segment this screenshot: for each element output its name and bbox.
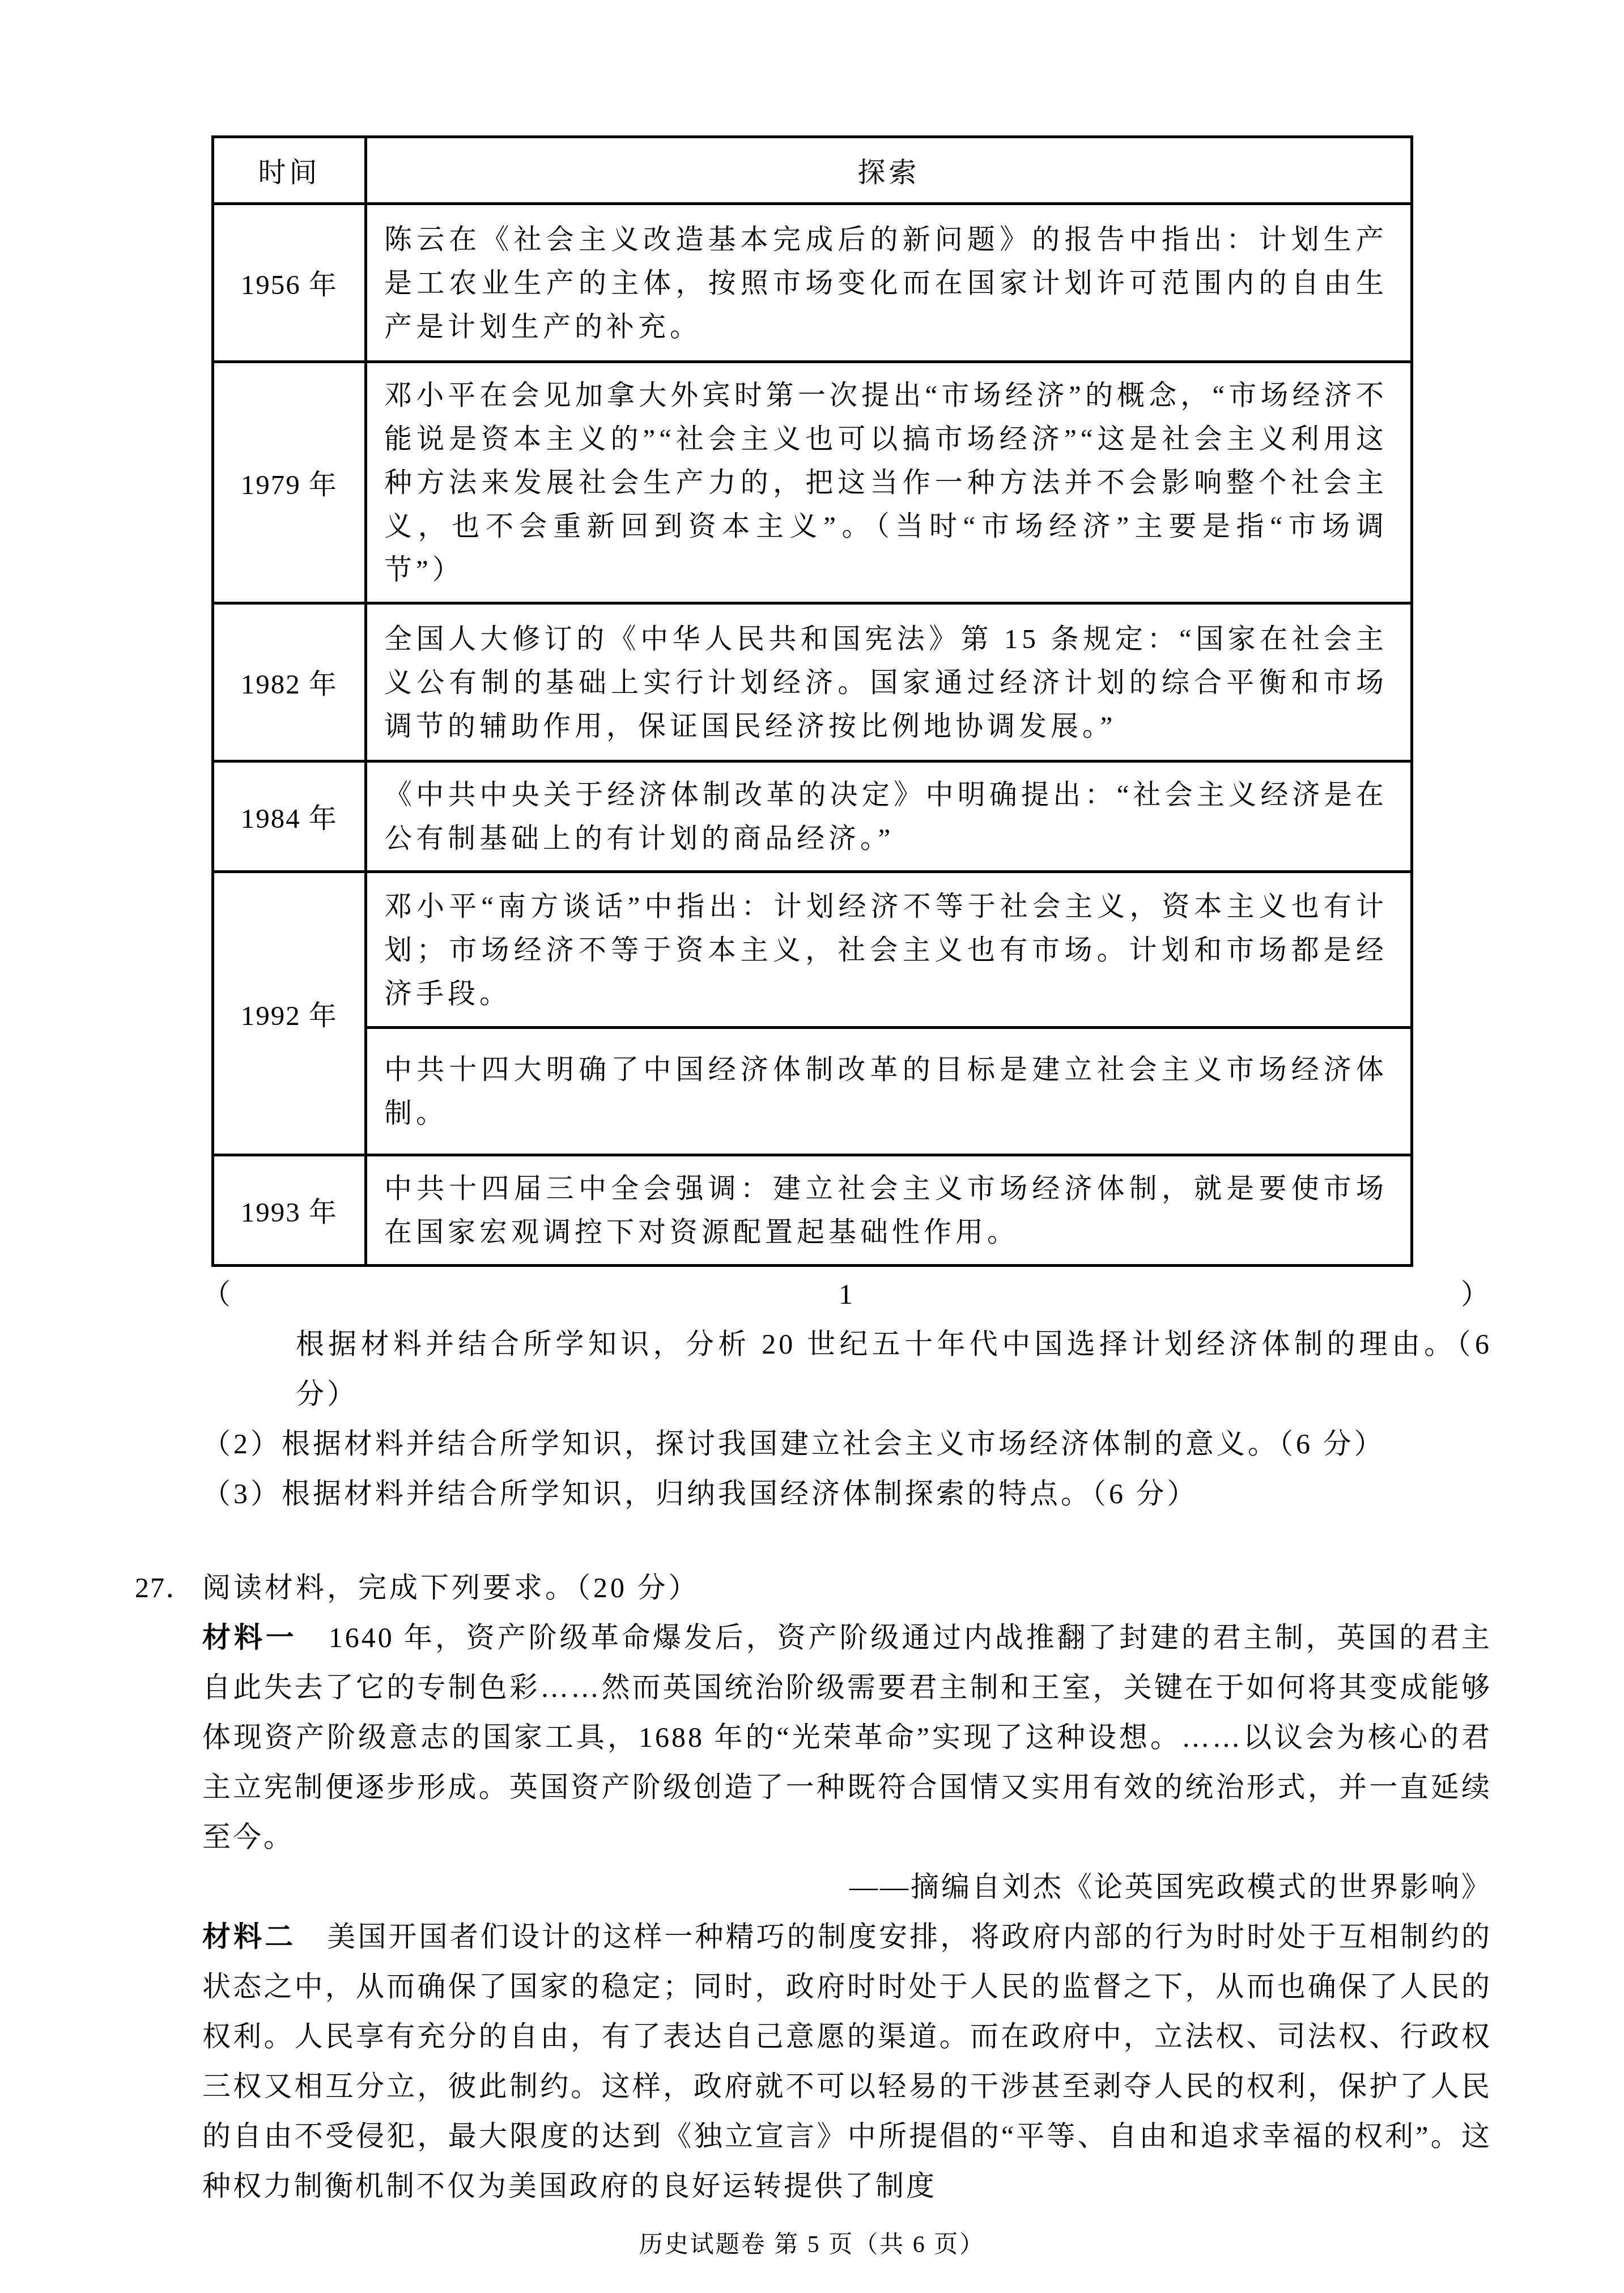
year-cell: 1982 年 <box>213 603 366 762</box>
desc-cell: 中共十四大明确了中国经济体制改革的目标是建立社会主义市场经济体制。 <box>366 1028 1412 1155</box>
material-2-label: 材料二 <box>202 1921 296 1952</box>
material-1-text: 1640 年，资产阶级革命爆发后，资产阶级通过内战推翻了封建的君主制，英国的君主… <box>202 1622 1492 1853</box>
desc-cell: 陈云在《社会主义改造基本完成后的新问题》的报告中指出：计划生产是工农业生产的主体… <box>366 204 1412 362</box>
question-1-number: （1） <box>202 1278 1492 1310</box>
material-1-paragraph: 材料一1640 年，资产阶级革命爆发后，资产阶级通过内战推翻了封建的君主制，英国… <box>202 1613 1492 1862</box>
question-27-title: 阅读材料，完成下列要求。（20 分） <box>202 1572 700 1603</box>
table-row: 1956 年 陈云在《社会主义改造基本完成后的新问题》的报告中指出：计划生产是工… <box>213 204 1412 362</box>
timeline-table: 时间 探索 1956 年 陈云在《社会主义改造基本完成后的新问题》的报告中指出：… <box>211 135 1413 1267</box>
table-row: 1993 年 中共十四届三中全会强调：建立社会主义市场经济体制，就是要使市场在国… <box>213 1155 1412 1266</box>
question-2-number: （2） <box>202 1428 282 1460</box>
material-2-paragraph: 材料二美国开国者们设计的这样一种精巧的制度安排，将政府内部的行为时时处于互相制约… <box>202 1912 1492 2211</box>
year-cell: 1993 年 <box>213 1155 366 1266</box>
table-header-explore: 探索 <box>366 137 1412 204</box>
desc-cell: 邓小平在会见加拿大外宾时第一次提出“市场经济”的概念，“市场经济不能说是资本主义… <box>366 362 1412 603</box>
table-header-row: 时间 探索 <box>213 137 1412 204</box>
question-2: （2）根据材料并结合所学知识，探讨我国建立社会主义市场经济体制的意义。（6 分） <box>202 1419 1492 1469</box>
question-1-text: 根据材料并结合所学知识，分析 20 世纪五十年代中国选择计划经济体制的理由。（6… <box>296 1328 1492 1410</box>
question-3-number: （3） <box>202 1478 282 1509</box>
exam-page: 时间 探索 1956 年 陈云在《社会主义改造基本完成后的新问题》的报告中指出：… <box>0 0 1624 2260</box>
page-footer: 历史试题卷 第 5 页（共 6 页） <box>0 2230 1624 2260</box>
material-2-text: 美国开国者们设计的这样一种精巧的制度安排，将政府内部的行为时时处于互相制约的状态… <box>202 1921 1492 2202</box>
question-3: （3）根据材料并结合所学知识，归纳我国经济体制探索的特点。（6 分） <box>202 1469 1492 1518</box>
question-27-number: 27． <box>135 1563 202 1613</box>
material-1-label: 材料一 <box>202 1622 297 1653</box>
material-1-source: ——摘编自刘杰《论英国宪政模式的世界影响》 <box>202 1862 1492 1912</box>
question-2-text: 根据材料并结合所学知识，探讨我国建立社会主义市场经济体制的意义。（6 分） <box>282 1428 1385 1460</box>
table-row: 1982 年 全国人大修订的《中华人民共和国宪法》第 15 条规定：“国家在社会… <box>213 603 1412 762</box>
question-3-text: 根据材料并结合所学知识，归纳我国经济体制探索的特点。（6 分） <box>282 1478 1198 1509</box>
desc-cell: 全国人大修订的《中华人民共和国宪法》第 15 条规定：“国家在社会主义公有制的基… <box>366 603 1412 762</box>
question-1: （1）根据材料并结合所学知识，分析 20 世纪五十年代中国选择计划经济体制的理由… <box>202 1269 1492 1419</box>
desc-cell: 邓小平“南方谈话”中指出：计划经济不等于社会主义，资本主义也有计划；市场经济不等… <box>366 872 1412 1028</box>
year-cell: 1992 年 <box>213 872 366 1155</box>
table-row: 1979 年 邓小平在会见加拿大外宾时第一次提出“市场经济”的概念，“市场经济不… <box>213 362 1412 603</box>
year-cell: 1984 年 <box>213 762 366 872</box>
year-cell: 1979 年 <box>213 362 366 603</box>
table-row: 1992 年 邓小平“南方谈话”中指出：计划经济不等于社会主义，资本主义也有计划… <box>213 872 1412 1028</box>
question-list: （1）根据材料并结合所学知识，分析 20 世纪五十年代中国选择计划经济体制的理由… <box>202 1269 1492 1518</box>
table-header-time: 时间 <box>213 137 366 204</box>
desc-cell: 中共十四届三中全会强调：建立社会主义市场经济体制，就是要使市场在国家宏观调控下对… <box>366 1155 1412 1266</box>
table-row: 中共十四大明确了中国经济体制改革的目标是建立社会主义市场经济体制。 <box>213 1028 1412 1155</box>
year-cell: 1956 年 <box>213 204 366 362</box>
desc-cell: 《中共中央关于经济体制改革的决定》中明确提出：“社会主义经济是在公有制基础上的有… <box>366 762 1412 872</box>
table-row: 1984 年 《中共中央关于经济体制改革的决定》中明确提出：“社会主义经济是在公… <box>213 762 1412 872</box>
question-27-header: 27．阅读材料，完成下列要求。（20 分） <box>135 1563 1624 1613</box>
